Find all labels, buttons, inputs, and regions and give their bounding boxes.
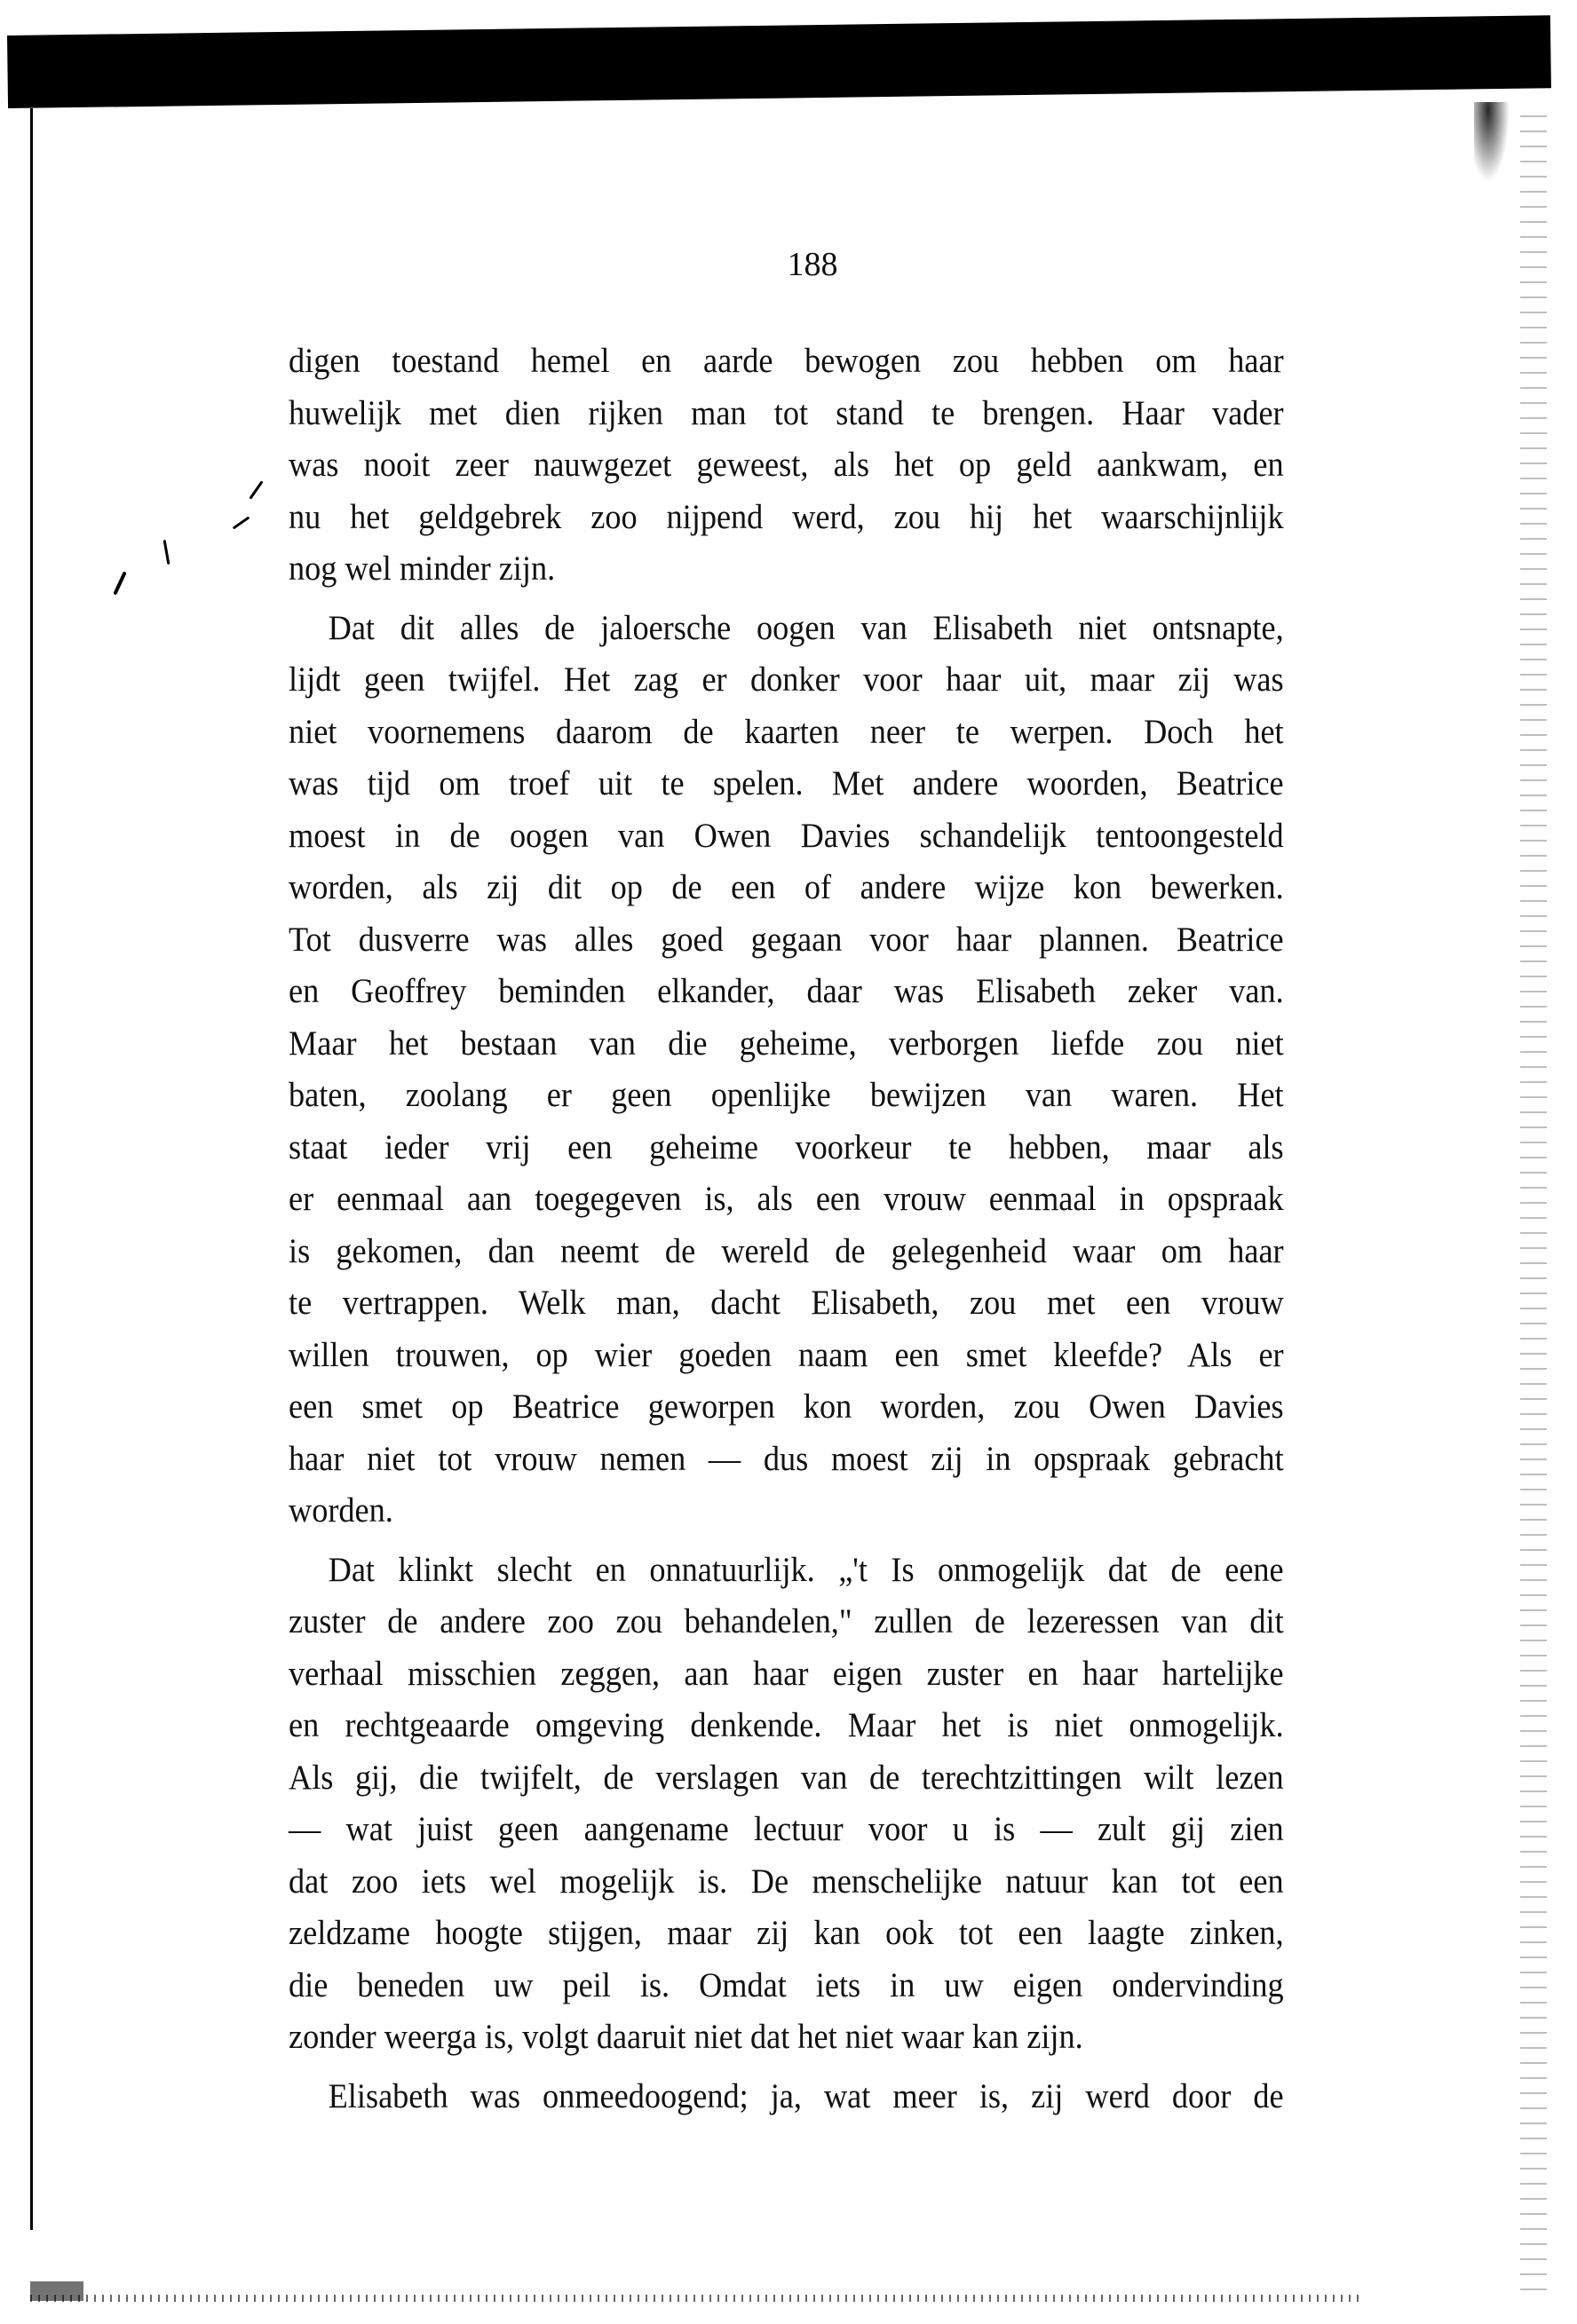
margin-pencil-mark — [249, 480, 263, 499]
text-line: Elisabeth was onmeedoogend; ja, wat meer… — [289, 2071, 1284, 2123]
text-line: Dat klinkt slecht en onnatuurlijk. „'t I… — [289, 1545, 1284, 1597]
text-line: Maar het bestaan van die geheime, verbor… — [289, 1018, 1284, 1071]
text-line: moest in de oogen van Owen Davies schand… — [289, 810, 1284, 863]
text-line: en rechtgeaarde omgeving denkende. Maar … — [289, 1700, 1284, 1752]
text-line: haar niet tot vrouw nemen — dus moest zi… — [289, 1434, 1284, 1486]
text-line: er eenmaal aan toegegeven is, als een vr… — [289, 1174, 1284, 1226]
margin-pencil-mark — [233, 516, 250, 529]
scan-corner-smudge — [1474, 102, 1510, 182]
page-number: 188 — [0, 245, 1577, 284]
scan-top-shadow-band — [7, 15, 1551, 108]
text-line: worden. — [289, 1485, 1284, 1537]
text-line: nu het geldgebrek zoo nijpend werd, zou … — [289, 492, 1284, 544]
text-line: worden, als zij dit op de een of andere … — [289, 862, 1284, 914]
text-line: is gekomen, dan neemt de wereld de geleg… — [289, 1226, 1284, 1278]
text-line: was nooit zeer nauwgezet geweest, als he… — [289, 439, 1284, 492]
paragraph-gap — [289, 2064, 1284, 2071]
text-line: een smet op Beatrice geworpen kon worden… — [289, 1381, 1284, 1434]
margin-pencil-mark — [163, 540, 170, 565]
margin-pencil-mark — [113, 571, 126, 595]
text-line: zonder weerga is, volgt daaruit niet dat… — [289, 2012, 1284, 2064]
text-line: zeldzame hoogte stijgen, maar zij kan oo… — [289, 1908, 1284, 1960]
text-line: zuster de andere zoo zou behandelen," zu… — [289, 1596, 1284, 1648]
scan-right-edge-noise — [1520, 115, 1547, 2299]
text-line: verhaal misschien zeggen, aan haar eigen… — [289, 1648, 1284, 1701]
text-line: huwelijk met dien rijken man tot stand t… — [289, 388, 1284, 440]
text-line: niet voornemens daarom de kaarten neer t… — [289, 707, 1284, 759]
body-text: digen toestand hemel en aarde bewogen zo… — [289, 336, 1284, 2122]
text-line: Tot dusverre was alles goed gegaan voor … — [289, 914, 1284, 967]
scan-left-edge-line — [30, 108, 33, 2230]
scanned-page: 188 digen toestand hemel en aarde bewoge… — [0, 0, 1577, 2324]
text-line: te vertrappen. Welk man, dacht Elisabeth… — [289, 1277, 1284, 1330]
text-line: digen toestand hemel en aarde bewogen zo… — [289, 336, 1284, 388]
text-line: was tijd om troef uit te spelen. Met and… — [289, 758, 1284, 810]
scan-bottom-edge-noise — [30, 2295, 1362, 2302]
text-line: staat ieder vrij een geheime voorkeur te… — [289, 1122, 1284, 1174]
text-line: willen trouwen, op wier goeden naam een … — [289, 1330, 1284, 1382]
text-line: Dat dit alles de jaloersche oogen van El… — [289, 603, 1284, 655]
text-line: die beneden uw peil is. Omdat iets in uw… — [289, 1960, 1284, 2012]
text-line: lijdt geen twijfel. Het zag er donker vo… — [289, 654, 1284, 707]
text-line: dat zoo iets wel mogelijk is. De mensche… — [289, 1856, 1284, 1909]
paragraph-gap — [289, 1537, 1284, 1545]
text-line: en Geoffrey beminden elkander, daar was … — [289, 966, 1284, 1018]
text-line: nog wel minder zijn. — [289, 543, 1284, 596]
text-line: Als gij, die twijfelt, de verslagen van … — [289, 1752, 1284, 1805]
paragraph-gap — [289, 596, 1284, 603]
text-line: baten, zoolang er geen openlijke bewijze… — [289, 1070, 1284, 1122]
text-line: — wat juist geen aangename lectuur voor … — [289, 1804, 1284, 1856]
